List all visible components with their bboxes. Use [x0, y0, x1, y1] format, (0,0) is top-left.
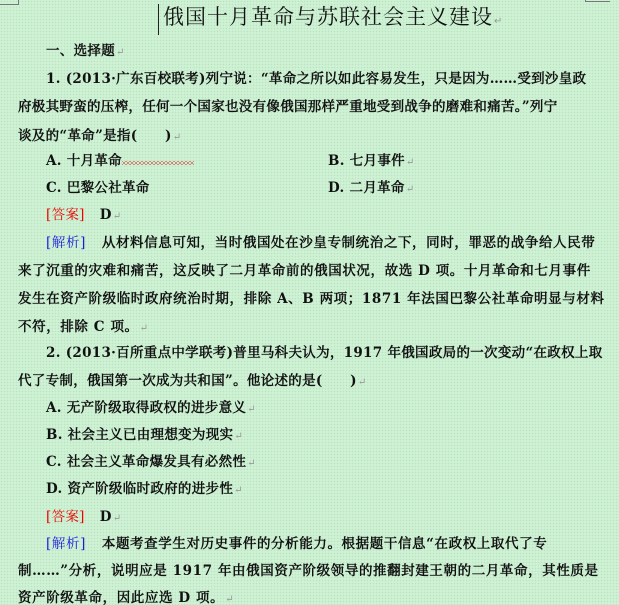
question-1-analysis-line-2: 来了沉重的灾难和痛苦，这反映了二月革命前的俄国状况，故选 D 项。十月革命和七月… [18, 262, 591, 280]
question-1-option-d: D. 二月革命↵ [328, 179, 414, 199]
document-title[interactable]: 俄国十月革命与苏联社会主义建设↵ [158, 4, 503, 35]
option-text: 七月事件 [350, 153, 405, 169]
paragraph-mark-icon: ↵ [494, 16, 503, 27]
question-1-option-b: B. 七月事件↵ [328, 152, 415, 172]
analysis-text: 发生在资产阶级临时政府统治时期，排除 A、B 两项；1871 年法国巴黎公社革命… [18, 291, 605, 307]
question-stem-text: 代了专制，俄国第一次成为共和国”。他论述的是( ) [18, 373, 357, 389]
question-1-option-a: A. 十月革命 [46, 152, 194, 170]
question-2-option-d: D. 资产阶级临时政府的进步性↵ [46, 480, 243, 500]
question-2-analysis-line-1: [解析] 本题考查学生对历史事件的分析能力。根据题干信息“在政权上取代了专 [46, 535, 547, 553]
question-1-analysis-line-3: 发生在资产阶级临时政府统治时期，排除 A、B 两项；1871 年法国巴黎公社革命… [18, 290, 605, 308]
paragraph-mark-icon: ↵ [358, 377, 367, 388]
option-letter: B. [46, 427, 63, 443]
paragraph-mark-icon: ↵ [140, 323, 149, 334]
answer-label: [答案] [46, 207, 85, 223]
option-letter: A. [46, 400, 62, 416]
question-source: (2013·百所重点中学联考) [66, 345, 234, 361]
paragraph-mark-icon: ↵ [247, 404, 256, 415]
paragraph-mark-icon: ↵ [116, 47, 125, 58]
analysis-label: [解析] [46, 235, 86, 251]
spellcheck-underline [122, 161, 194, 165]
question-stem-text: 普里马科夫认为，1917 年俄国政局的一次变动“在政权上取 [233, 345, 602, 361]
option-text: 巴黎公社革命 [67, 180, 150, 196]
paragraph-mark-icon: ↵ [234, 431, 243, 442]
question-1-analysis-line-1: [解析] 从材料信息可知，当时俄国处在沙皇专制统治之下，同时，罪恶的战争给人民带 [46, 234, 595, 252]
option-letter: D. [328, 180, 345, 196]
question-2-analysis-line-2: 制……”分析，说明应是 1917 年由俄国资产阶级领导的推翻封建王朝的二月革命，… [18, 562, 599, 580]
question-number: 1. [46, 71, 61, 87]
question-2-option-c: C. 社会主义革命爆发具有必然性↵ [46, 453, 256, 473]
option-text: 社会主义革命爆发具有必然性 [67, 454, 246, 470]
option-letter: D. [46, 481, 63, 497]
question-2-answer: [答案] D↵ [46, 508, 121, 528]
analysis-text: 不符，排除 C 项。 [18, 319, 139, 335]
option-text: 二月革命 [350, 180, 405, 196]
analysis-text: 资产阶级革命，因此应选 D 项。 [18, 590, 224, 605]
answer-value: D [100, 509, 112, 525]
question-number: 2. [46, 345, 61, 361]
paragraph-mark-icon: ↵ [247, 458, 256, 469]
option-letter: C. [46, 180, 62, 196]
answer-label: [答案] [46, 509, 85, 525]
paragraph-mark-icon: ↵ [225, 594, 234, 605]
paragraph-mark-icon: ↵ [113, 211, 122, 222]
question-1-stem-line-1: 1. (2013·广东百校联考)列宁说：“革命之所以如此容易发生，只是因为……受… [46, 70, 586, 88]
question-stem-text: 列宁说：“革命之所以如此容易发生，只是因为……受到沙皇政 [206, 71, 587, 87]
question-1-option-c: C. 巴黎公社革命 [46, 179, 150, 197]
paragraph-mark-icon: ↵ [406, 157, 415, 168]
paragraph-mark-icon: ↵ [234, 485, 243, 496]
option-text: 资产阶级临时政府的进步性 [68, 481, 234, 497]
question-1-stem-line-2: 府极其野蛮的压榨，任何一个国家也没有像俄国那样严重地受到战争的磨难和痛苦。”列宁 [18, 98, 558, 116]
paragraph-mark-icon: ↵ [173, 132, 182, 143]
question-2-stem-line-1: 2. (2013·百所重点中学联考)普里马科夫认为，1917 年俄国政局的一次变… [46, 344, 603, 362]
analysis-text: 制……”分析，说明应是 1917 年由俄国资产阶级领导的推翻封建王朝的二月革命，… [18, 563, 599, 579]
question-2-option-a: A. 无产阶级取得政权的进步意义↵ [46, 399, 256, 419]
paragraph-mark-icon: ↵ [406, 184, 415, 195]
option-letter: B. [328, 153, 345, 169]
question-source: (2013·广东百校联考) [66, 71, 206, 87]
analysis-text: 本题考查学生对历史事件的分析能力。根据题干信息“在政权上取代了专 [102, 536, 547, 552]
option-text: 十月革命 [67, 153, 122, 169]
section-heading: 一、选择题↵ [46, 42, 125, 62]
option-letter: A. [46, 153, 62, 169]
question-stem-text: 谈及的“革命”是指( ) [18, 128, 172, 144]
analysis-text: 从材料信息可知，当时俄国处在沙皇专制统治之下，同时，罪恶的战争给人民带 [102, 235, 596, 251]
question-stem-text: 府极其野蛮的压榨，任何一个国家也没有像俄国那样严重地受到战争的磨难和痛苦。”列宁 [18, 99, 558, 115]
question-1-analysis-line-4: 不符，排除 C 项。↵ [18, 318, 149, 338]
answer-value: D [100, 207, 112, 223]
paragraph-mark-icon: ↵ [113, 513, 122, 524]
margin-corner-mark-right [585, 0, 610, 2]
title-text: 俄国十月革命与苏联社会主义建设 [163, 5, 493, 29]
question-2-stem-line-2: 代了专制，俄国第一次成为共和国”。他论述的是( )↵ [18, 372, 367, 392]
option-text: 无产阶级取得政权的进步意义 [67, 400, 246, 416]
question-2-option-b: B. 社会主义已由理想变为现实↵ [46, 426, 243, 446]
analysis-text: 来了沉重的灾难和痛苦，这反映了二月革命前的俄国状况，故选 D 项。十月革命和七月… [18, 263, 591, 279]
question-1-answer: [答案] D↵ [46, 206, 121, 226]
question-2-analysis-line-3: 资产阶级革命，因此应选 D 项。↵ [18, 589, 234, 605]
option-text: 社会主义已由理想变为现实 [68, 427, 234, 443]
section-heading-text: 一、选择题 [46, 43, 115, 59]
margin-corner-mark-left [0, 0, 19, 5]
analysis-label: [解析] [46, 536, 86, 552]
question-1-stem-line-3: 谈及的“革命”是指( )↵ [18, 127, 181, 147]
option-letter: C. [46, 454, 62, 470]
